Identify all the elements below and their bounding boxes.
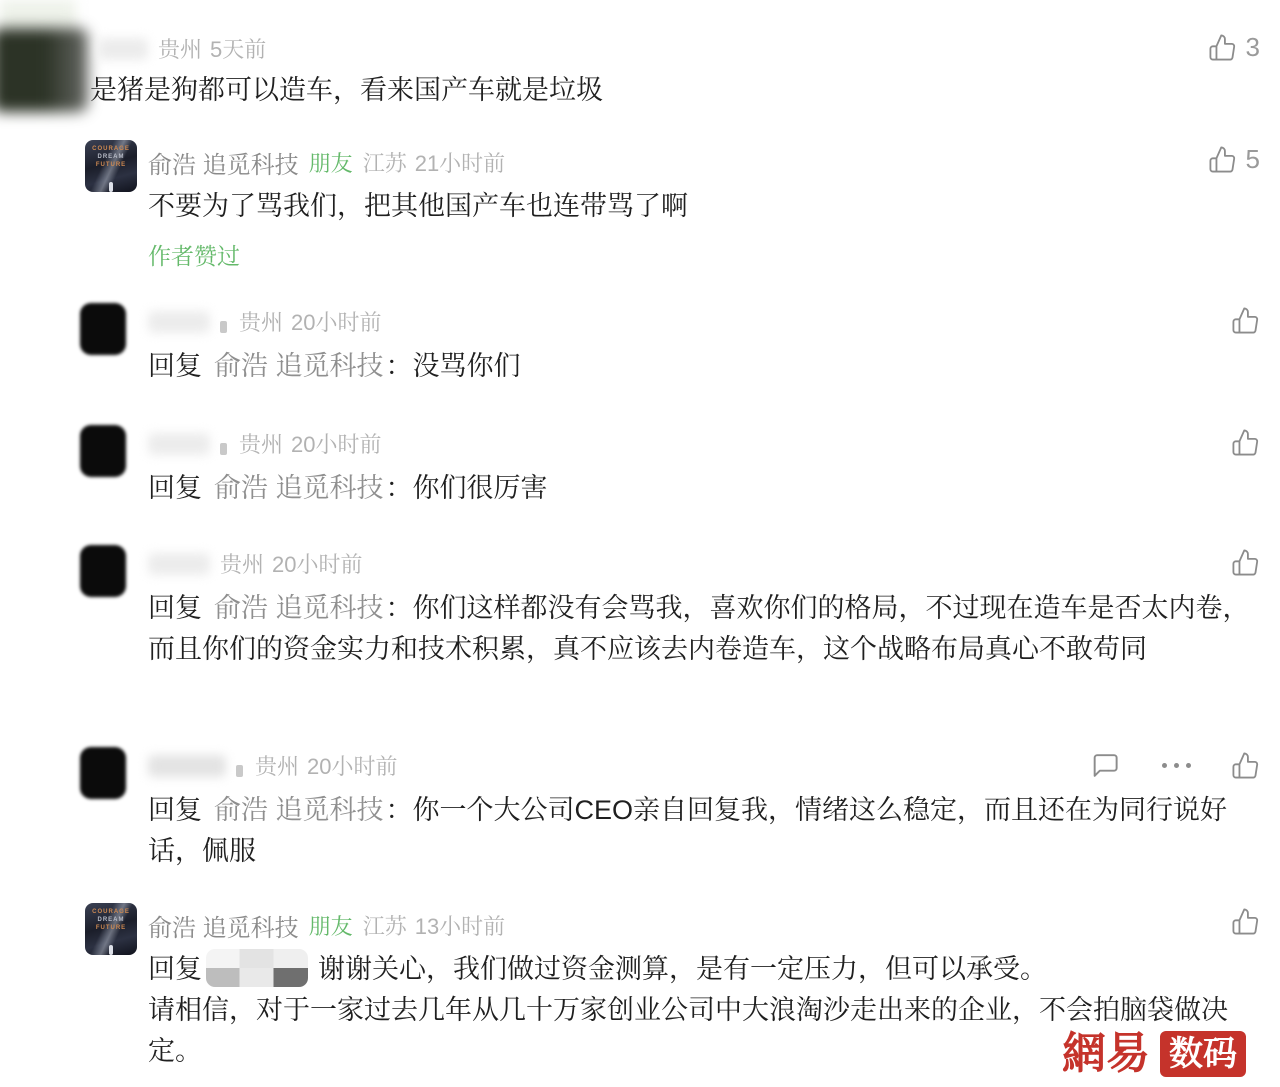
- comment-meta: 贵州 20小时前: [255, 750, 398, 781]
- avatar-figure: [109, 182, 113, 192]
- location-label: 贵州: [220, 548, 264, 579]
- comment-text: 回复俞浩 追觅科技：你们这样都没有会骂我，喜欢你们的格局，不过现在造车是否太内卷…: [148, 588, 1254, 670]
- like-icon: [1231, 428, 1260, 457]
- comment-reply-3: 贵州 20小时前 回复俞浩 追觅科技：你们这样都没有会骂我，喜欢你们的格局，不过…: [0, 542, 1280, 722]
- reply-label: 回复: [148, 795, 202, 825]
- comment-yuhao-1: COURAGE DREAM FUTURE 俞浩 追觅科技 朋友 江苏 21小时前…: [0, 140, 1280, 270]
- friend-badge: 朋友: [309, 910, 353, 941]
- time-label: 13小时前: [415, 910, 505, 941]
- username-censored[interactable]: [148, 433, 210, 455]
- comment-meta: 贵州 20小时前: [239, 306, 382, 337]
- avatar-text: DREAM: [98, 916, 125, 924]
- avatar-text: FUTURE: [96, 924, 126, 932]
- like-icon[interactable]: [1231, 751, 1260, 780]
- reply-label: 回复: [148, 473, 202, 503]
- mention-link[interactable]: 俞浩 追觅科技: [214, 593, 384, 623]
- location-label: 贵州: [239, 428, 283, 459]
- mention-link[interactable]: 俞浩 追觅科技: [214, 795, 384, 825]
- reply-label: 回复: [148, 954, 202, 984]
- like-button[interactable]: 5: [1208, 144, 1260, 175]
- comment-actions: [1088, 750, 1260, 781]
- username[interactable]: 俞浩 追觅科技: [148, 908, 299, 943]
- blur-artifact: [220, 443, 227, 455]
- comment-header: 贵州 5天前: [98, 33, 266, 64]
- avatar-text: COURAGE: [92, 908, 130, 916]
- like-button[interactable]: [1231, 548, 1260, 577]
- time-label: 20小时前: [307, 750, 397, 781]
- comment-meta: 贵州 5天前: [158, 33, 266, 64]
- more-icon[interactable]: [1162, 751, 1191, 781]
- time-label: 20小时前: [272, 548, 362, 579]
- comment-meta: 江苏 13小时前: [363, 910, 506, 941]
- time-label: 20小时前: [291, 306, 381, 337]
- mention-link[interactable]: 俞浩 追觅科技: [214, 473, 384, 503]
- author-liked-label: 作者赞过: [148, 238, 240, 271]
- username-censored-mosaic[interactable]: [206, 949, 308, 987]
- comment-bubble-icon[interactable]: [1088, 750, 1122, 781]
- like-count: 3: [1246, 32, 1260, 63]
- comment-reply-4: 贵州 20小时前 回复俞浩 追觅科技：你一个大公司CEO亲自回复我，情绪这么稳定…: [0, 744, 1280, 884]
- username[interactable]: 俞浩 追觅科技: [148, 145, 299, 180]
- comment-top: 贵州 5天前 是猪是狗都可以造车，看来国产车就是垃圾 3: [0, 30, 1280, 140]
- avatar-text: DREAM: [98, 153, 125, 161]
- comment-meta: 江苏 21小时前: [363, 147, 506, 178]
- avatar-censored[interactable]: [80, 545, 126, 597]
- digital-channel-badge: 数码: [1160, 1031, 1246, 1077]
- reply-text-line1: 谢谢关心，我们做过资金测算，是有一定压力，但可以承受。: [318, 954, 1047, 984]
- location-label: 江苏: [363, 910, 407, 941]
- avatar-censored[interactable]: [80, 425, 126, 477]
- like-icon: [1231, 548, 1260, 577]
- comment-text: 不要为了骂我们，把其他国产车也连带骂了啊: [148, 186, 1254, 227]
- comment-text: 是猪是狗都可以造车，看来国产车就是垃圾: [90, 70, 1254, 111]
- username-censored[interactable]: [98, 38, 148, 60]
- reply-text: ：你们很厉害: [386, 473, 548, 503]
- location-label: 贵州: [158, 33, 202, 64]
- avatar-censored[interactable]: [0, 28, 88, 112]
- location-label: 贵州: [239, 306, 283, 337]
- location-label: 江苏: [363, 147, 407, 178]
- comment-header: 俞浩 追觅科技 朋友 江苏 21小时前: [148, 145, 505, 180]
- location-label: 贵州: [255, 750, 299, 781]
- comment-thread: 贵州 5天前 是猪是狗都可以造车，看来国产车就是垃圾 3 COURAGE DRE…: [0, 0, 1280, 1087]
- like-button[interactable]: 3: [1208, 32, 1260, 63]
- comment-header: 俞浩 追觅科技 朋友 江苏 13小时前: [148, 908, 505, 943]
- like-icon: [1208, 33, 1237, 62]
- blur-artifact: [236, 765, 243, 777]
- like-icon: [1231, 306, 1260, 335]
- avatar-text: COURAGE: [92, 145, 130, 153]
- avatar-yuhao[interactable]: COURAGE DREAM FUTURE: [85, 903, 137, 955]
- avatar-yuhao[interactable]: COURAGE DREAM FUTURE: [85, 140, 137, 192]
- comment-header: 贵州 20小时前: [148, 306, 382, 337]
- like-icon: [1231, 907, 1260, 936]
- comment-meta: 贵州 20小时前: [239, 428, 382, 459]
- time-label: 5天前: [210, 33, 266, 64]
- like-button[interactable]: [1231, 907, 1260, 936]
- avatar-censored[interactable]: [80, 747, 126, 799]
- reply-label: 回复: [148, 593, 202, 623]
- blur-artifact: [0, 0, 76, 30]
- username-censored[interactable]: [148, 553, 210, 575]
- like-button[interactable]: [1231, 306, 1260, 335]
- like-button[interactable]: [1231, 428, 1260, 457]
- comment-header: 贵州 20小时前: [148, 750, 398, 781]
- comment-text: 回复俞浩 追觅科技：你们很厉害: [148, 468, 1254, 509]
- netease-logo: 網易: [1062, 1030, 1150, 1078]
- time-label: 20小时前: [291, 428, 381, 459]
- netease-digital-watermark: 網易 数码: [1062, 1030, 1246, 1078]
- comment-reply-2: 贵州 20小时前 回复俞浩 追觅科技：你们很厉害: [0, 422, 1280, 522]
- username-censored[interactable]: [148, 311, 210, 333]
- reply-text: ：没骂你们: [386, 351, 521, 381]
- avatar-censored[interactable]: [80, 303, 126, 355]
- comment-text: 回复俞浩 追觅科技：没骂你们: [148, 346, 1254, 387]
- like-count: 5: [1246, 144, 1260, 175]
- blur-artifact: [220, 321, 227, 333]
- comment-header: 贵州 20小时前: [148, 428, 382, 459]
- comment-text: 回复俞浩 追觅科技：你一个大公司CEO亲自回复我，情绪这么稳定，而且还在为同行说…: [148, 790, 1254, 872]
- comment-header: 贵州 20小时前: [148, 548, 363, 579]
- mention-link[interactable]: 俞浩 追觅科技: [214, 351, 384, 381]
- comment-meta: 贵州 20小时前: [220, 548, 363, 579]
- friend-badge: 朋友: [309, 147, 353, 178]
- username-censored[interactable]: [148, 755, 226, 777]
- avatar-figure: [109, 945, 113, 955]
- avatar-text: FUTURE: [96, 161, 126, 169]
- reply-label: 回复: [148, 351, 202, 381]
- like-icon: [1208, 145, 1237, 174]
- time-label: 21小时前: [415, 147, 505, 178]
- comment-reply-1: 贵州 20小时前 回复俞浩 追觅科技：没骂你们: [0, 300, 1280, 400]
